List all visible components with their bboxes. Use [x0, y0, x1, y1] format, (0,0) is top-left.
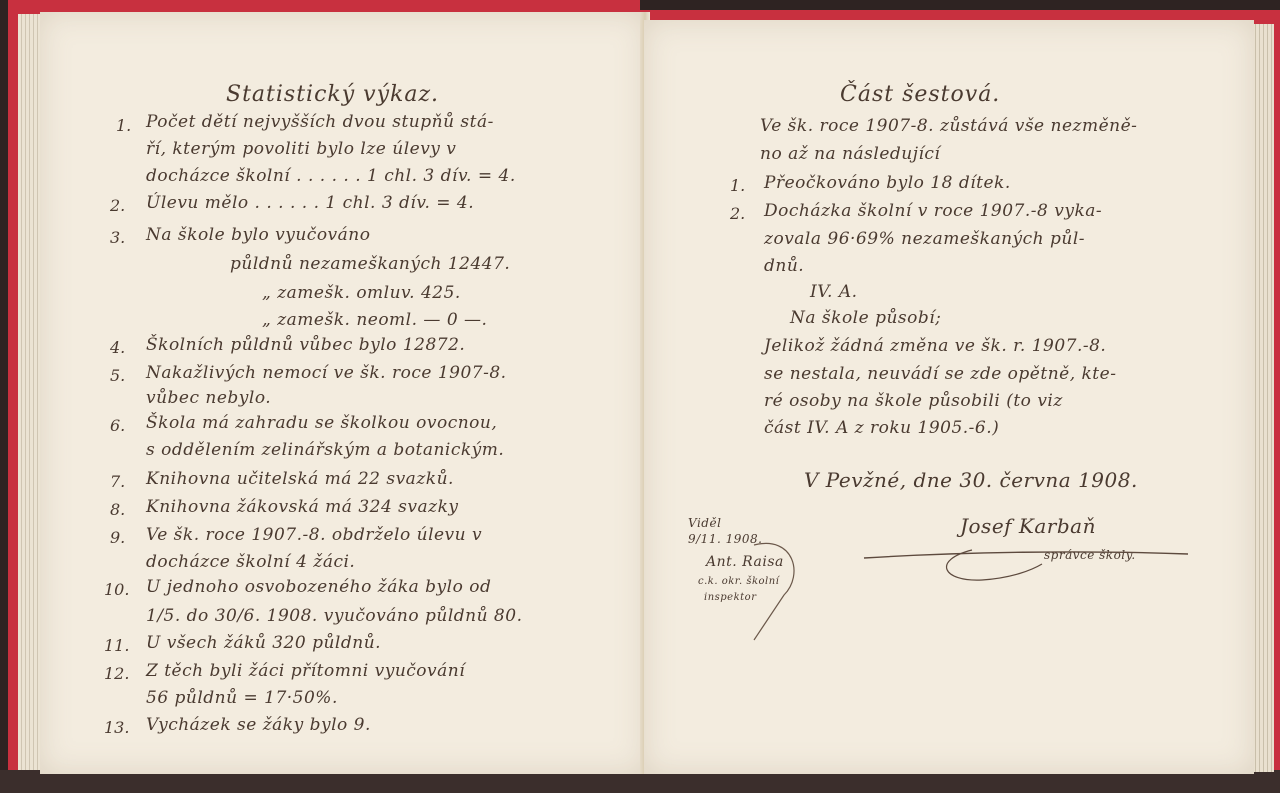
page-edges-left: [18, 14, 42, 770]
item-number: 13.: [104, 718, 129, 737]
item-number: 1.: [116, 116, 131, 135]
item-line: Vycházek se žáky bylo 9.: [146, 715, 371, 735]
item-line: Nakažlivých nemocí ve šk. roce 1907-8.: [146, 363, 507, 383]
item-number: 7.: [110, 472, 125, 491]
item-line: U všech žáků 320 půldnů.: [146, 633, 381, 653]
item-line: Školních půldnů vůbec bylo 12872.: [146, 335, 465, 355]
item-line: „ zamešk. neoml. — 0 —.: [262, 310, 487, 330]
item-line: Úlevu mělo . . . . . . 1 chl. 3 dív. = 4…: [146, 193, 474, 213]
item-line: Docházka školní v roce 1907.-8 vyka-: [764, 201, 1102, 221]
table-surface-left: [0, 0, 8, 793]
right-page-title: Část šestová.: [840, 82, 1000, 107]
item-number: 3.: [110, 228, 125, 247]
item-line: Knihovna učitelská má 22 svazků.: [146, 469, 454, 489]
item-line: Na škole bylo vyučováno: [146, 225, 370, 245]
item-line: půldnů nezameškaných 12447.: [230, 254, 510, 274]
item-number: 6.: [110, 416, 125, 435]
section-text-line: ré osoby na škole působili (to viz: [764, 391, 1063, 411]
item-line: 56 půldnů = 17·50%.: [146, 688, 338, 708]
left-page-title: Statistický výkaz.: [226, 82, 439, 107]
item-number: 1.: [730, 176, 745, 195]
section-text-line: část IV. A z roku 1905.-6.): [764, 418, 999, 438]
item-line: Knihovna žákovská má 324 svazky: [146, 497, 459, 517]
intro-line: Ve šk. roce 1907-8. zůstává vše nezměně-: [760, 116, 1137, 136]
section-title: Na škole působí;: [790, 308, 941, 328]
item-number: 2.: [110, 196, 125, 215]
item-number: 8.: [110, 500, 125, 519]
date-line: V Pevžné, dne 30. června 1908.: [804, 468, 1138, 492]
item-line: U jednoho osvobozeného žáka bylo od: [146, 577, 491, 597]
intro-line: no až na následující: [760, 144, 940, 164]
item-line: Škola má zahradu se školkou ovocnou,: [146, 413, 497, 433]
item-line: docházce školní 4 žáci.: [146, 552, 355, 572]
item-line: Ve šk. roce 1907.-8. obdrželo úlevu v: [146, 525, 482, 545]
item-line: s oddělením zelinářským a botanickým.: [146, 440, 504, 460]
item-number: 2.: [730, 204, 745, 223]
item-number: 4.: [110, 338, 125, 357]
item-line: Z těch byli žáci přítomni vyučování: [146, 661, 465, 681]
item-line: dnů.: [764, 256, 804, 276]
item-line: vůbec nebylo.: [146, 388, 271, 408]
item-line: ří, kterým povoliti bylo lze úlevy v: [146, 139, 456, 159]
item-number: 10.: [104, 580, 129, 599]
section-mark: IV. A.: [810, 282, 858, 302]
left-page: Statistický výkaz. 1. Počet dětí nejvyšš…: [40, 12, 646, 774]
item-line: zovala 96·69% nezameškaných půl-: [764, 229, 1085, 249]
item-line: „ zamešk. omluv. 425.: [262, 283, 461, 303]
item-line: docházce školní . . . . . . 1 chl. 3 dív…: [146, 166, 516, 186]
item-line: Počet dětí nejvyšších dvou stupňů stá-: [146, 112, 494, 132]
item-number: 11.: [104, 636, 129, 655]
item-number: 5.: [110, 366, 125, 385]
table-surface-top: [640, 0, 1280, 10]
item-line: 1/5. do 30/6. 1908. vyučováno půldnů 80.: [146, 606, 522, 626]
item-number: 9.: [110, 528, 125, 547]
page-edges-right: [1252, 24, 1274, 772]
signature-flourish: [862, 530, 1192, 590]
section-text-line: Jelikož žádná změna ve šk. r. 1907.-8.: [764, 336, 1106, 356]
item-number: 12.: [104, 664, 129, 683]
right-page: Část šestová. Ve šk. roce 1907-8. zůstáv…: [644, 20, 1254, 774]
section-text-line: se nestala, neuvádí se zde opětně, kte-: [764, 364, 1116, 384]
inspector-flourish: [684, 525, 804, 645]
item-line: Přeočkováno bylo 18 dítek.: [764, 173, 1011, 193]
